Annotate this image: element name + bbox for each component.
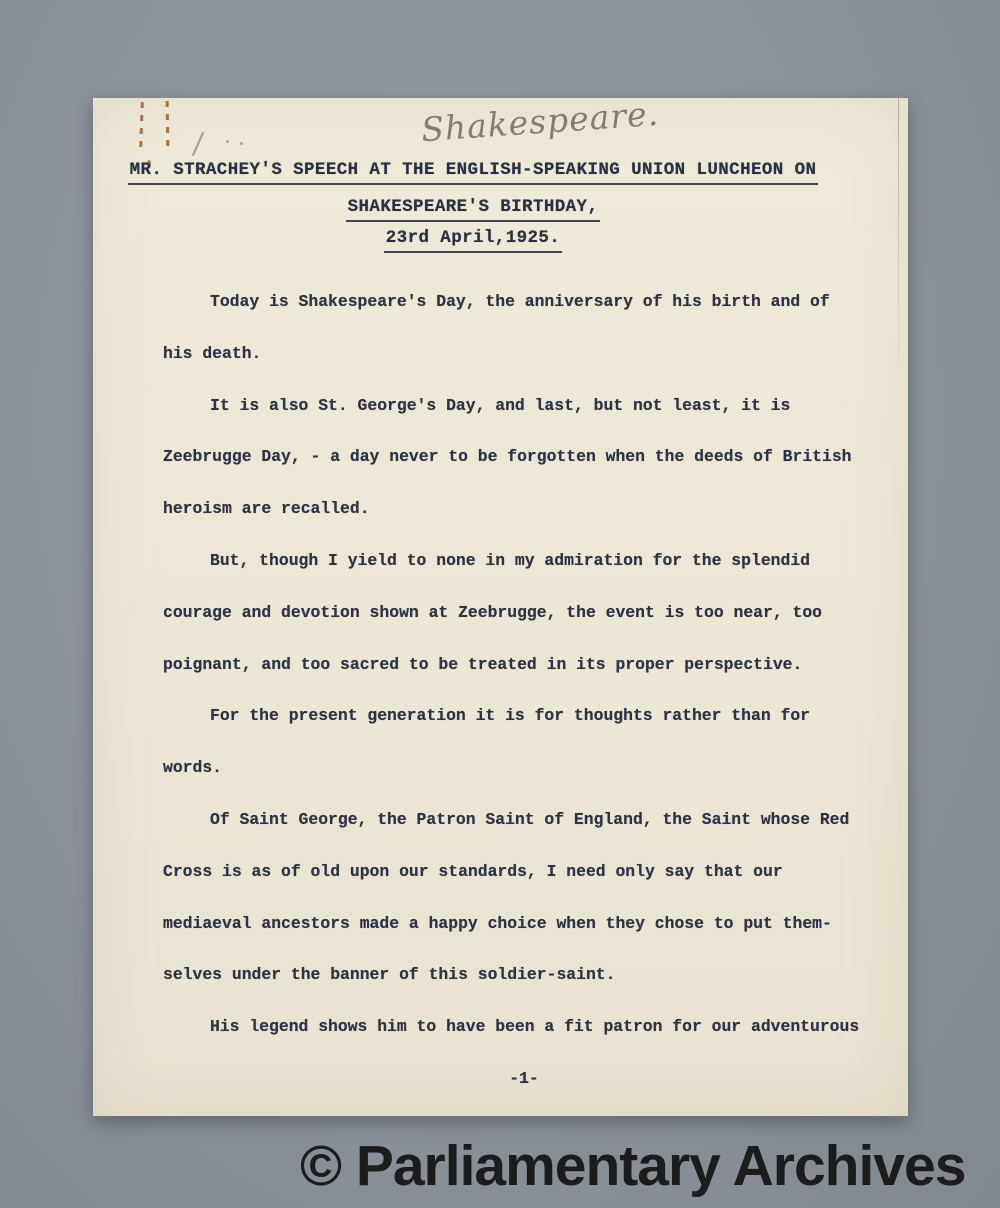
body-line: It is also St. George's Day, and last, b… (163, 380, 885, 432)
speech-title-line-1: MR. STRACHEY'S SPEECH AT THE ENGLISH-SPE… (123, 155, 823, 185)
body-line: words. (163, 742, 885, 794)
body-line: poignant, and too sacred to be treated i… (163, 639, 885, 691)
speech-title-line-2: SHAKESPEARE'S BIRTHDAY, (123, 192, 823, 222)
speech-title-text-2: SHAKESPEARE'S BIRTHDAY, (346, 197, 601, 222)
speech-title-line-3: 23rd April,1925. (123, 223, 823, 253)
body-line: Today is Shakespeare's Day, the annivers… (163, 276, 885, 328)
body-line: But, though I yield to none in my admira… (163, 535, 885, 587)
body-line: His legend shows him to have been a fit … (163, 1001, 885, 1053)
body-line: his death. (163, 328, 885, 380)
body-line: Cross is as of old upon our standards, I… (163, 846, 885, 898)
body-line: heroism are recalled. (163, 483, 885, 535)
pencil-dot-mark (226, 140, 229, 143)
speech-title-text-1: MR. STRACHEY'S SPEECH AT THE ENGLISH-SPE… (128, 160, 819, 185)
body-line: Zeebrugge Day, - a day never to be forgo… (163, 431, 885, 483)
handwritten-annotation: Shakespeare. (420, 94, 660, 150)
copyright-watermark: © Parliamentary Archives (300, 1133, 965, 1199)
speech-title-text-3: 23rd April,1925. (384, 228, 562, 253)
photo-background: Shakespeare. MR. STRACHEY'S SPEECH AT TH… (0, 0, 1000, 1208)
pencil-dot-mark (240, 142, 243, 145)
body-line: mediaeval ancestors made a happy choice … (163, 898, 885, 950)
rust-stain-mark (139, 102, 144, 148)
pencil-stroke-mark (192, 132, 204, 157)
body-line: selves under the banner of this soldier-… (163, 949, 885, 1001)
body-line: For the present generation it is for tho… (163, 690, 885, 742)
page-number: -1- (163, 1053, 885, 1105)
rust-stain-mark (166, 101, 170, 151)
body-line: courage and devotion shown at Zeebrugge,… (163, 587, 885, 639)
document-page: Shakespeare. MR. STRACHEY'S SPEECH AT TH… (93, 98, 908, 1116)
paper-crease (898, 98, 899, 398)
body-line: Of Saint George, the Patron Saint of Eng… (163, 794, 885, 846)
speech-body: Today is Shakespeare's Day, the annivers… (163, 276, 885, 1105)
